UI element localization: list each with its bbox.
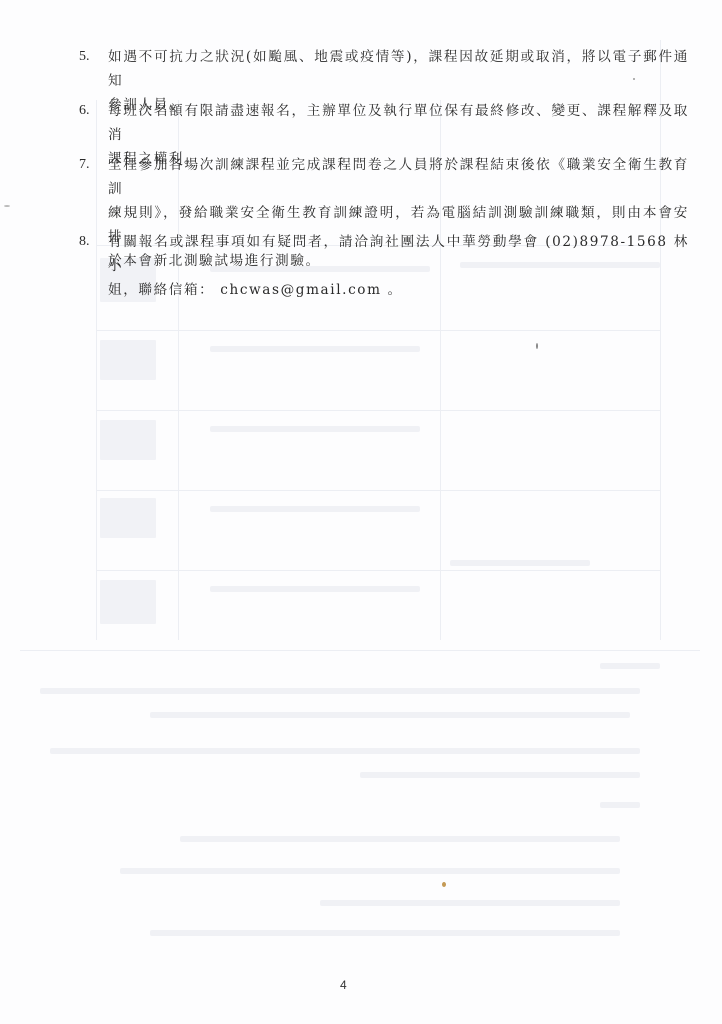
item-line: 如遇不可抗力之狀況(如颱風、地震或疫情等)，課程因故延期或取消，將以電子郵件通知 xyxy=(108,49,689,89)
item-number: 5. xyxy=(79,45,107,69)
item-line: 全程參加各場次訓練課程並完成課程問卷之人員將於課程結束後依《職業安全衛生教育訓 xyxy=(108,157,689,197)
item-number: 8. xyxy=(79,230,107,254)
scan-speck xyxy=(633,78,635,80)
item-line: 每班次名額有限請盡速報名，主辦單位及執行單位保有最終修改、變更、課程解釋及取消 xyxy=(108,103,689,143)
scan-speck xyxy=(4,205,10,207)
scan-speck xyxy=(442,882,446,887)
item-number: 6. xyxy=(79,99,107,123)
scan-speck xyxy=(536,343,538,349)
document-page: 5. 如遇不可抗力之狀況(如颱風、地震或疫情等)，課程因故延期或取消，將以電子郵… xyxy=(0,0,722,1024)
page-number: 4 xyxy=(340,978,352,992)
item-text: 有關報名或課程事項如有疑問者，請洽詢社團法人中華勞動學會 (02)8978-15… xyxy=(108,230,689,302)
list-item: 8. 有關報名或課程事項如有疑問者，請洽詢社團法人中華勞動學會 (02)8978… xyxy=(79,230,689,302)
item-line: 姐，聯絡信箱： chcwas@gmail.com 。 xyxy=(108,282,403,298)
item-number: 7. xyxy=(79,153,107,177)
item-line: 有關報名或課程事項如有疑問者，請洽詢社團法人中華勞動學會 (02)8978-15… xyxy=(108,234,689,274)
